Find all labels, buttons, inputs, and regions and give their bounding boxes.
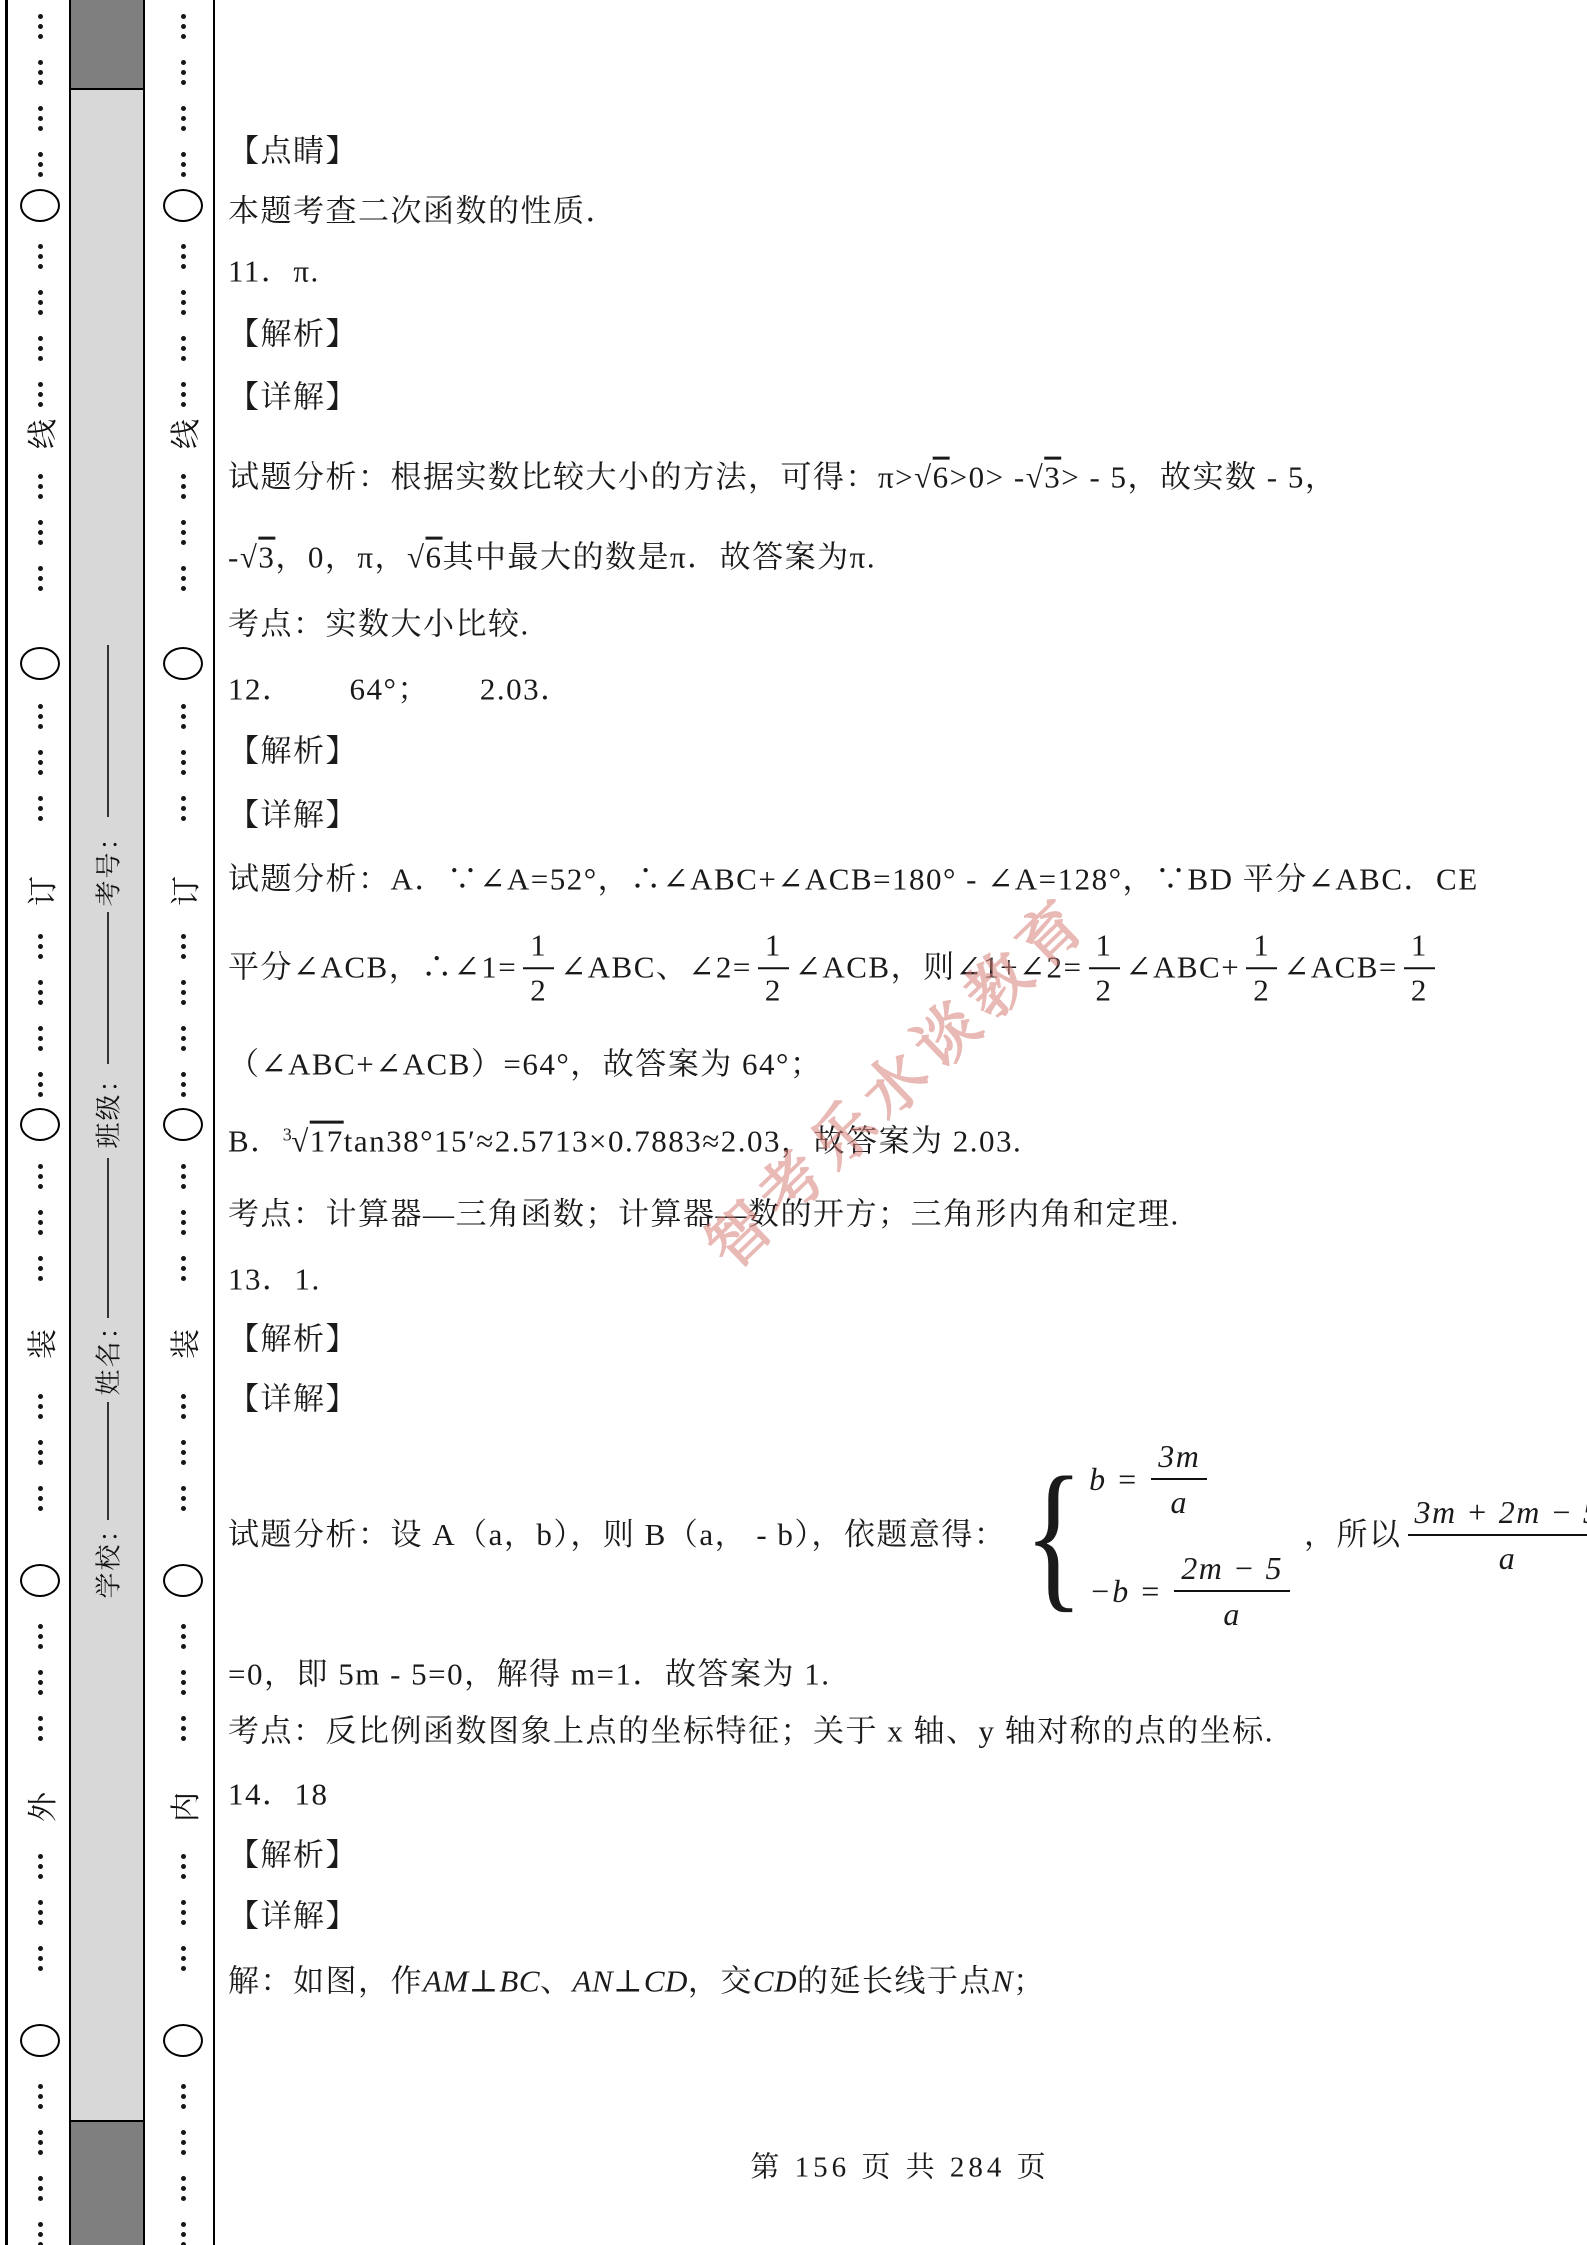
binding-dot xyxy=(181,520,186,525)
binding-dot xyxy=(38,1726,43,1731)
binding-dot xyxy=(38,1680,43,1685)
binding-dot xyxy=(181,126,186,131)
binding-dot xyxy=(38,1256,43,1261)
binding-dot xyxy=(181,576,186,581)
binding-dot xyxy=(38,980,43,985)
binding-dot xyxy=(38,300,43,305)
binding-dot xyxy=(181,806,186,811)
binding-dot xyxy=(38,1966,43,1971)
binding-dot xyxy=(38,770,43,775)
binding-dot xyxy=(181,934,186,939)
binding-label: 订 xyxy=(18,876,62,906)
circle-mark xyxy=(20,647,60,680)
circle-mark xyxy=(163,1564,203,1597)
binding-dot xyxy=(181,1874,186,1879)
binding-dot xyxy=(38,392,43,397)
binding-dot xyxy=(38,1082,43,1087)
fraction: 12 xyxy=(1404,926,1435,1010)
circle-mark xyxy=(163,2024,203,2057)
binding-dot xyxy=(181,310,186,315)
binding-label: 装 xyxy=(18,1329,62,1359)
text-line: 【解析】 xyxy=(228,1321,358,1360)
binding-dot xyxy=(181,770,186,775)
binding-dot xyxy=(38,2196,43,2201)
text-line: 【详解】 xyxy=(228,1898,358,1937)
binding-dot xyxy=(181,1920,186,1925)
binding-dot xyxy=(181,954,186,959)
binding-dot xyxy=(38,1404,43,1409)
binding-dot xyxy=(181,750,186,755)
binding-dot xyxy=(38,566,43,571)
binding-dot xyxy=(181,704,186,709)
fraction: 3m + 2m − 5a xyxy=(1408,1492,1587,1578)
text-line: =0，即 5m - 5=0，解得 m=1．故答案为 1. xyxy=(228,1656,831,1695)
binding-dot xyxy=(181,1966,186,1971)
binding-dot xyxy=(181,796,186,801)
binding-dot xyxy=(38,2094,43,2099)
page-left-edge-line xyxy=(5,0,8,2245)
binding-dot xyxy=(38,1670,43,1675)
fraction: 12 xyxy=(1089,926,1120,1010)
fraction: 12 xyxy=(758,926,789,1010)
binding-dot xyxy=(38,254,43,259)
binding-dot xyxy=(38,1276,43,1281)
binding-dot xyxy=(38,1220,43,1225)
binding-dot xyxy=(38,1230,43,1235)
binding-dot xyxy=(181,1900,186,1905)
binding-dot xyxy=(38,244,43,249)
binding-dot xyxy=(181,1690,186,1695)
binding-dot xyxy=(181,1680,186,1685)
binding-dot xyxy=(38,760,43,765)
cuberoot-expression: 3√17 xyxy=(283,1123,344,1162)
binding-dot xyxy=(38,714,43,719)
binding-dot xyxy=(181,1496,186,1501)
binding-dot xyxy=(38,1026,43,1031)
binding-dot xyxy=(38,796,43,801)
binding-dot xyxy=(181,1210,186,1215)
fraction: 3ma xyxy=(1151,1436,1207,1522)
sqrt-expression: √6 xyxy=(407,539,443,578)
binding-dot xyxy=(38,954,43,959)
binding-dot xyxy=(38,1496,43,1501)
sqrt-expression: √3 xyxy=(240,539,276,578)
binding-dot xyxy=(181,346,186,351)
binding-dot xyxy=(181,162,186,167)
binding-dot xyxy=(181,2176,186,2181)
text-line: 试题分析：设 A（a，b），则 B（a， - b），依题意得：{b =3ma−b… xyxy=(228,1436,1587,1634)
equation-system: {b =3ma−b =2m − 5a xyxy=(1014,1436,1296,1634)
binding-dot xyxy=(38,816,43,821)
binding-dot xyxy=(181,1460,186,1465)
binding-dot xyxy=(38,494,43,499)
binding-dot xyxy=(181,60,186,65)
binding-dot xyxy=(181,2084,186,2089)
text-line: 平分∠ACB，∴∠1=12∠ABC、∠2=12∠ACB，则∠1+∠2=12∠AB… xyxy=(228,926,1441,1010)
field-label: 姓名： xyxy=(89,1324,126,1396)
text-line: 【详解】 xyxy=(228,797,358,836)
binding-dot xyxy=(181,1506,186,1511)
binding-dot xyxy=(38,934,43,939)
text-line: 14．18 xyxy=(228,1776,329,1815)
binding-dot xyxy=(181,24,186,29)
binding-dot xyxy=(38,34,43,39)
binding-dot xyxy=(38,106,43,111)
binding-dot xyxy=(181,586,186,591)
binding-dot xyxy=(38,1874,43,1879)
binding-dot xyxy=(181,1864,186,1869)
binding-dot xyxy=(38,576,43,581)
binding-dot xyxy=(38,70,43,75)
binding-dot xyxy=(181,1946,186,1951)
binding-dot xyxy=(181,300,186,305)
binding-dot xyxy=(38,126,43,131)
binding-dot xyxy=(38,152,43,157)
binding-dot xyxy=(181,566,186,571)
binding-dot xyxy=(38,2186,43,2191)
binding-dot xyxy=(38,750,43,755)
text-line: 【点睛】 xyxy=(228,133,358,172)
binding-dot xyxy=(181,14,186,19)
binding-dot xyxy=(181,172,186,177)
binding-dot xyxy=(181,2232,186,2237)
binding-dot xyxy=(38,1920,43,1925)
binding-band-bottom-block xyxy=(71,2120,143,2245)
binding-dot xyxy=(38,1164,43,1169)
binding-dot xyxy=(38,356,43,361)
page-number-footer: 第 156 页 共 284 页 xyxy=(213,2145,1587,2186)
binding-dot xyxy=(38,1460,43,1465)
field-label: 学校： xyxy=(89,1527,126,1599)
binding-dot xyxy=(181,1726,186,1731)
binding-dot xyxy=(181,944,186,949)
binding-label: 外 xyxy=(18,1792,62,1822)
field-blank-line xyxy=(107,645,109,817)
binding-dot xyxy=(38,1910,43,1915)
binding-dot xyxy=(181,1910,186,1915)
binding-dot xyxy=(38,1854,43,1859)
text-line: 考点：实数大小比较. xyxy=(228,606,530,645)
binding-dot xyxy=(181,1184,186,1189)
binding-dot xyxy=(38,1184,43,1189)
binding-dot xyxy=(181,724,186,729)
binding-dot xyxy=(38,290,43,295)
fraction: 12 xyxy=(523,926,554,1010)
binding-dot xyxy=(181,2186,186,2191)
binding-dot xyxy=(38,1414,43,1419)
circle-mark xyxy=(20,1108,60,1141)
binding-dot xyxy=(38,520,43,525)
binding-dot xyxy=(181,264,186,269)
binding-dot xyxy=(181,34,186,39)
binding-dot xyxy=(181,2196,186,2201)
binding-dot xyxy=(38,1644,43,1649)
binding-dot xyxy=(38,1486,43,1491)
text-line: 【详解】 xyxy=(228,1381,358,1420)
binding-dot xyxy=(181,402,186,407)
binding-dot xyxy=(181,1230,186,1235)
binding-dot xyxy=(38,1690,43,1695)
binding-dot xyxy=(38,484,43,489)
binding-dot xyxy=(38,264,43,269)
binding-dot xyxy=(38,1072,43,1077)
content-left-rule xyxy=(213,0,215,2245)
binding-dot xyxy=(38,1900,43,1905)
binding-dot xyxy=(38,1946,43,1951)
binding-dot xyxy=(181,1716,186,1721)
text-line: 解：如图，作 AM⊥BC、AN⊥CD，交 CD 的延长线于点 N； xyxy=(228,1963,1046,2002)
binding-dot xyxy=(38,60,43,65)
binding-dot xyxy=(181,1486,186,1491)
binding-dot xyxy=(181,1174,186,1179)
binding-dot xyxy=(181,1036,186,1041)
binding-dot xyxy=(181,1072,186,1077)
binding-dot xyxy=(38,1864,43,1869)
binding-dot xyxy=(38,1210,43,1215)
binding-label: 订 xyxy=(161,876,205,906)
binding-dot xyxy=(38,402,43,407)
binding-dot xyxy=(181,106,186,111)
text-line: 考点：计算器—三角函数；计算器—数的开方；三角形内角和定理. xyxy=(228,1196,1180,1235)
binding-dot xyxy=(181,484,186,489)
binding-dot xyxy=(181,2140,186,2145)
text-line: 【详解】 xyxy=(228,379,358,418)
binding-dot xyxy=(181,290,186,295)
binding-dot xyxy=(181,2130,186,2135)
binding-band: 考号：班级：姓名：学校： xyxy=(69,0,145,2245)
binding-dot xyxy=(181,1854,186,1859)
binding-dot xyxy=(38,586,43,591)
binding-dot xyxy=(181,2094,186,2099)
binding-dot xyxy=(181,474,186,479)
binding-label: 装 xyxy=(161,1329,205,1359)
text-line: （∠ABC+∠ACB）=64°，故答案为 64°； xyxy=(228,1046,822,1085)
text-line: 【解析】 xyxy=(228,733,358,772)
binding-dot xyxy=(38,2222,43,2227)
binding-label: 线 xyxy=(18,419,62,449)
binding-dot xyxy=(181,530,186,535)
binding-dot xyxy=(181,382,186,387)
binding-dot xyxy=(38,2140,43,2145)
circle-mark xyxy=(20,1564,60,1597)
binding-dot xyxy=(181,1256,186,1261)
binding-dot xyxy=(38,1624,43,1629)
field-blank-line xyxy=(107,1158,109,1318)
binding-dot xyxy=(181,336,186,341)
binding-dot xyxy=(181,1026,186,1031)
text-line: 【解析】 xyxy=(228,316,358,355)
binding-dot xyxy=(38,310,43,315)
binding-dot xyxy=(181,116,186,121)
binding-dot xyxy=(181,980,186,985)
binding-dot xyxy=(181,80,186,85)
binding-dot xyxy=(181,990,186,995)
field-label: 班级： xyxy=(89,1077,126,1149)
sqrt-expression: √6 xyxy=(914,459,950,498)
binding-dot xyxy=(181,760,186,765)
binding-band-top-block xyxy=(71,0,143,90)
sqrt-expression: √3 xyxy=(1026,459,1062,498)
binding-dot xyxy=(38,2084,43,2089)
circle-mark xyxy=(163,647,203,680)
text-line: - √3，0，π，√6 其中最大的数是π．故答案为π. xyxy=(228,539,876,578)
binding-dot xyxy=(38,1450,43,1455)
binding-dot xyxy=(181,494,186,499)
text-line: B．3√17 tan38°15′≈2.5713×0.7883≈2.03，故答案为… xyxy=(228,1123,1022,1162)
binding-dot xyxy=(181,1450,186,1455)
binding-dot xyxy=(38,474,43,479)
binding-dot xyxy=(181,356,186,361)
binding-dot xyxy=(38,382,43,387)
binding-dot xyxy=(181,1414,186,1419)
binding-dot xyxy=(181,152,186,157)
binding-dot xyxy=(181,70,186,75)
binding-dot xyxy=(181,1082,186,1087)
binding-dot xyxy=(38,80,43,85)
binding-dot xyxy=(38,162,43,167)
binding-dot xyxy=(38,724,43,729)
binding-dot xyxy=(181,2150,186,2155)
binding-dot xyxy=(181,1634,186,1639)
binding-dot xyxy=(38,1440,43,1445)
binding-dot xyxy=(38,336,43,341)
binding-dot xyxy=(181,244,186,249)
circle-mark xyxy=(163,1108,203,1141)
binding-dot xyxy=(181,1644,186,1649)
binding-dot xyxy=(38,2150,43,2155)
text-line: 12．64°；2.03． xyxy=(228,671,573,710)
binding-dot xyxy=(181,2104,186,2109)
binding-dot xyxy=(38,1000,43,1005)
binding-dot xyxy=(181,1092,186,1097)
binding-dot xyxy=(38,1736,43,1741)
binding-dot xyxy=(38,1634,43,1639)
binding-dot xyxy=(38,1956,43,1961)
binding-label: 线 xyxy=(161,419,205,449)
binding-dot xyxy=(181,1670,186,1675)
binding-dot xyxy=(38,1716,43,1721)
binding-dot xyxy=(181,1624,186,1629)
field-blank-line xyxy=(107,912,109,1064)
binding-dot xyxy=(181,1220,186,1225)
binding-dot xyxy=(38,1266,43,1271)
binding-dot xyxy=(181,1394,186,1399)
binding-dot xyxy=(181,816,186,821)
text-line: 本题考查二次函数的性质． xyxy=(228,193,618,232)
binding-dot xyxy=(181,714,186,719)
binding-dot xyxy=(181,1266,186,1271)
text-line: 试题分析：A．∵∠A=52°，∴∠ABC+∠ACB=180° - ∠A=128°… xyxy=(228,861,1479,900)
binding-dot xyxy=(181,1276,186,1281)
binding-dot xyxy=(181,1164,186,1169)
binding-dot xyxy=(181,1046,186,1051)
binding-dot xyxy=(181,1956,186,1961)
binding-dot xyxy=(38,172,43,177)
binding-dot xyxy=(38,540,43,545)
binding-dot xyxy=(38,530,43,535)
binding-dot xyxy=(181,2222,186,2227)
binding-dot xyxy=(38,2232,43,2237)
binding-dot xyxy=(38,704,43,709)
binding-dot xyxy=(38,806,43,811)
binding-dot xyxy=(38,14,43,19)
binding-dot xyxy=(38,1174,43,1179)
binding-label: 内 xyxy=(161,1792,205,1822)
binding-dot xyxy=(181,254,186,259)
binding-dot xyxy=(181,1404,186,1409)
binding-dot xyxy=(181,540,186,545)
binding-dot xyxy=(38,1036,43,1041)
binding-dot xyxy=(38,2130,43,2135)
binding-dot xyxy=(38,944,43,949)
binding-dot xyxy=(38,346,43,351)
circle-mark xyxy=(163,189,203,222)
field-blank-line xyxy=(107,1402,109,1520)
binding-dot xyxy=(181,1440,186,1445)
circle-mark xyxy=(20,2024,60,2057)
text-line: 考点：反比例函数图象上点的坐标特征；关于 x 轴、y 轴对称的点的坐标. xyxy=(228,1713,1274,1752)
circle-mark xyxy=(20,189,60,222)
text-line: 13．1. xyxy=(228,1261,321,1300)
fraction: 2m − 5a xyxy=(1174,1548,1290,1634)
binding-dot xyxy=(181,392,186,397)
binding-dot xyxy=(38,2104,43,2109)
text-line: 11．π. xyxy=(228,253,320,292)
text-line: 【解析】 xyxy=(228,1837,358,1876)
text-line: 试题分析：根据实数比较大小的方法，可得：π>√6>0> - √3> - 5，故实… xyxy=(228,459,1337,498)
binding-dot xyxy=(38,990,43,995)
binding-dot xyxy=(181,1000,186,1005)
binding-dot xyxy=(38,1394,43,1399)
exam-answer-page: 考号：班级：姓名：学校： 线订装外 线订装内 【点睛】本题考查二次函数的性质．1… xyxy=(0,0,1587,2245)
fraction: 12 xyxy=(1246,926,1277,1010)
binding-dot xyxy=(38,1046,43,1051)
binding-dot xyxy=(38,24,43,29)
field-label: 考号： xyxy=(89,835,126,907)
binding-dot xyxy=(38,1506,43,1511)
binding-dot xyxy=(38,1092,43,1097)
binding-dot xyxy=(181,1736,186,1741)
binding-dot xyxy=(38,116,43,121)
binding-dot xyxy=(38,2176,43,2181)
